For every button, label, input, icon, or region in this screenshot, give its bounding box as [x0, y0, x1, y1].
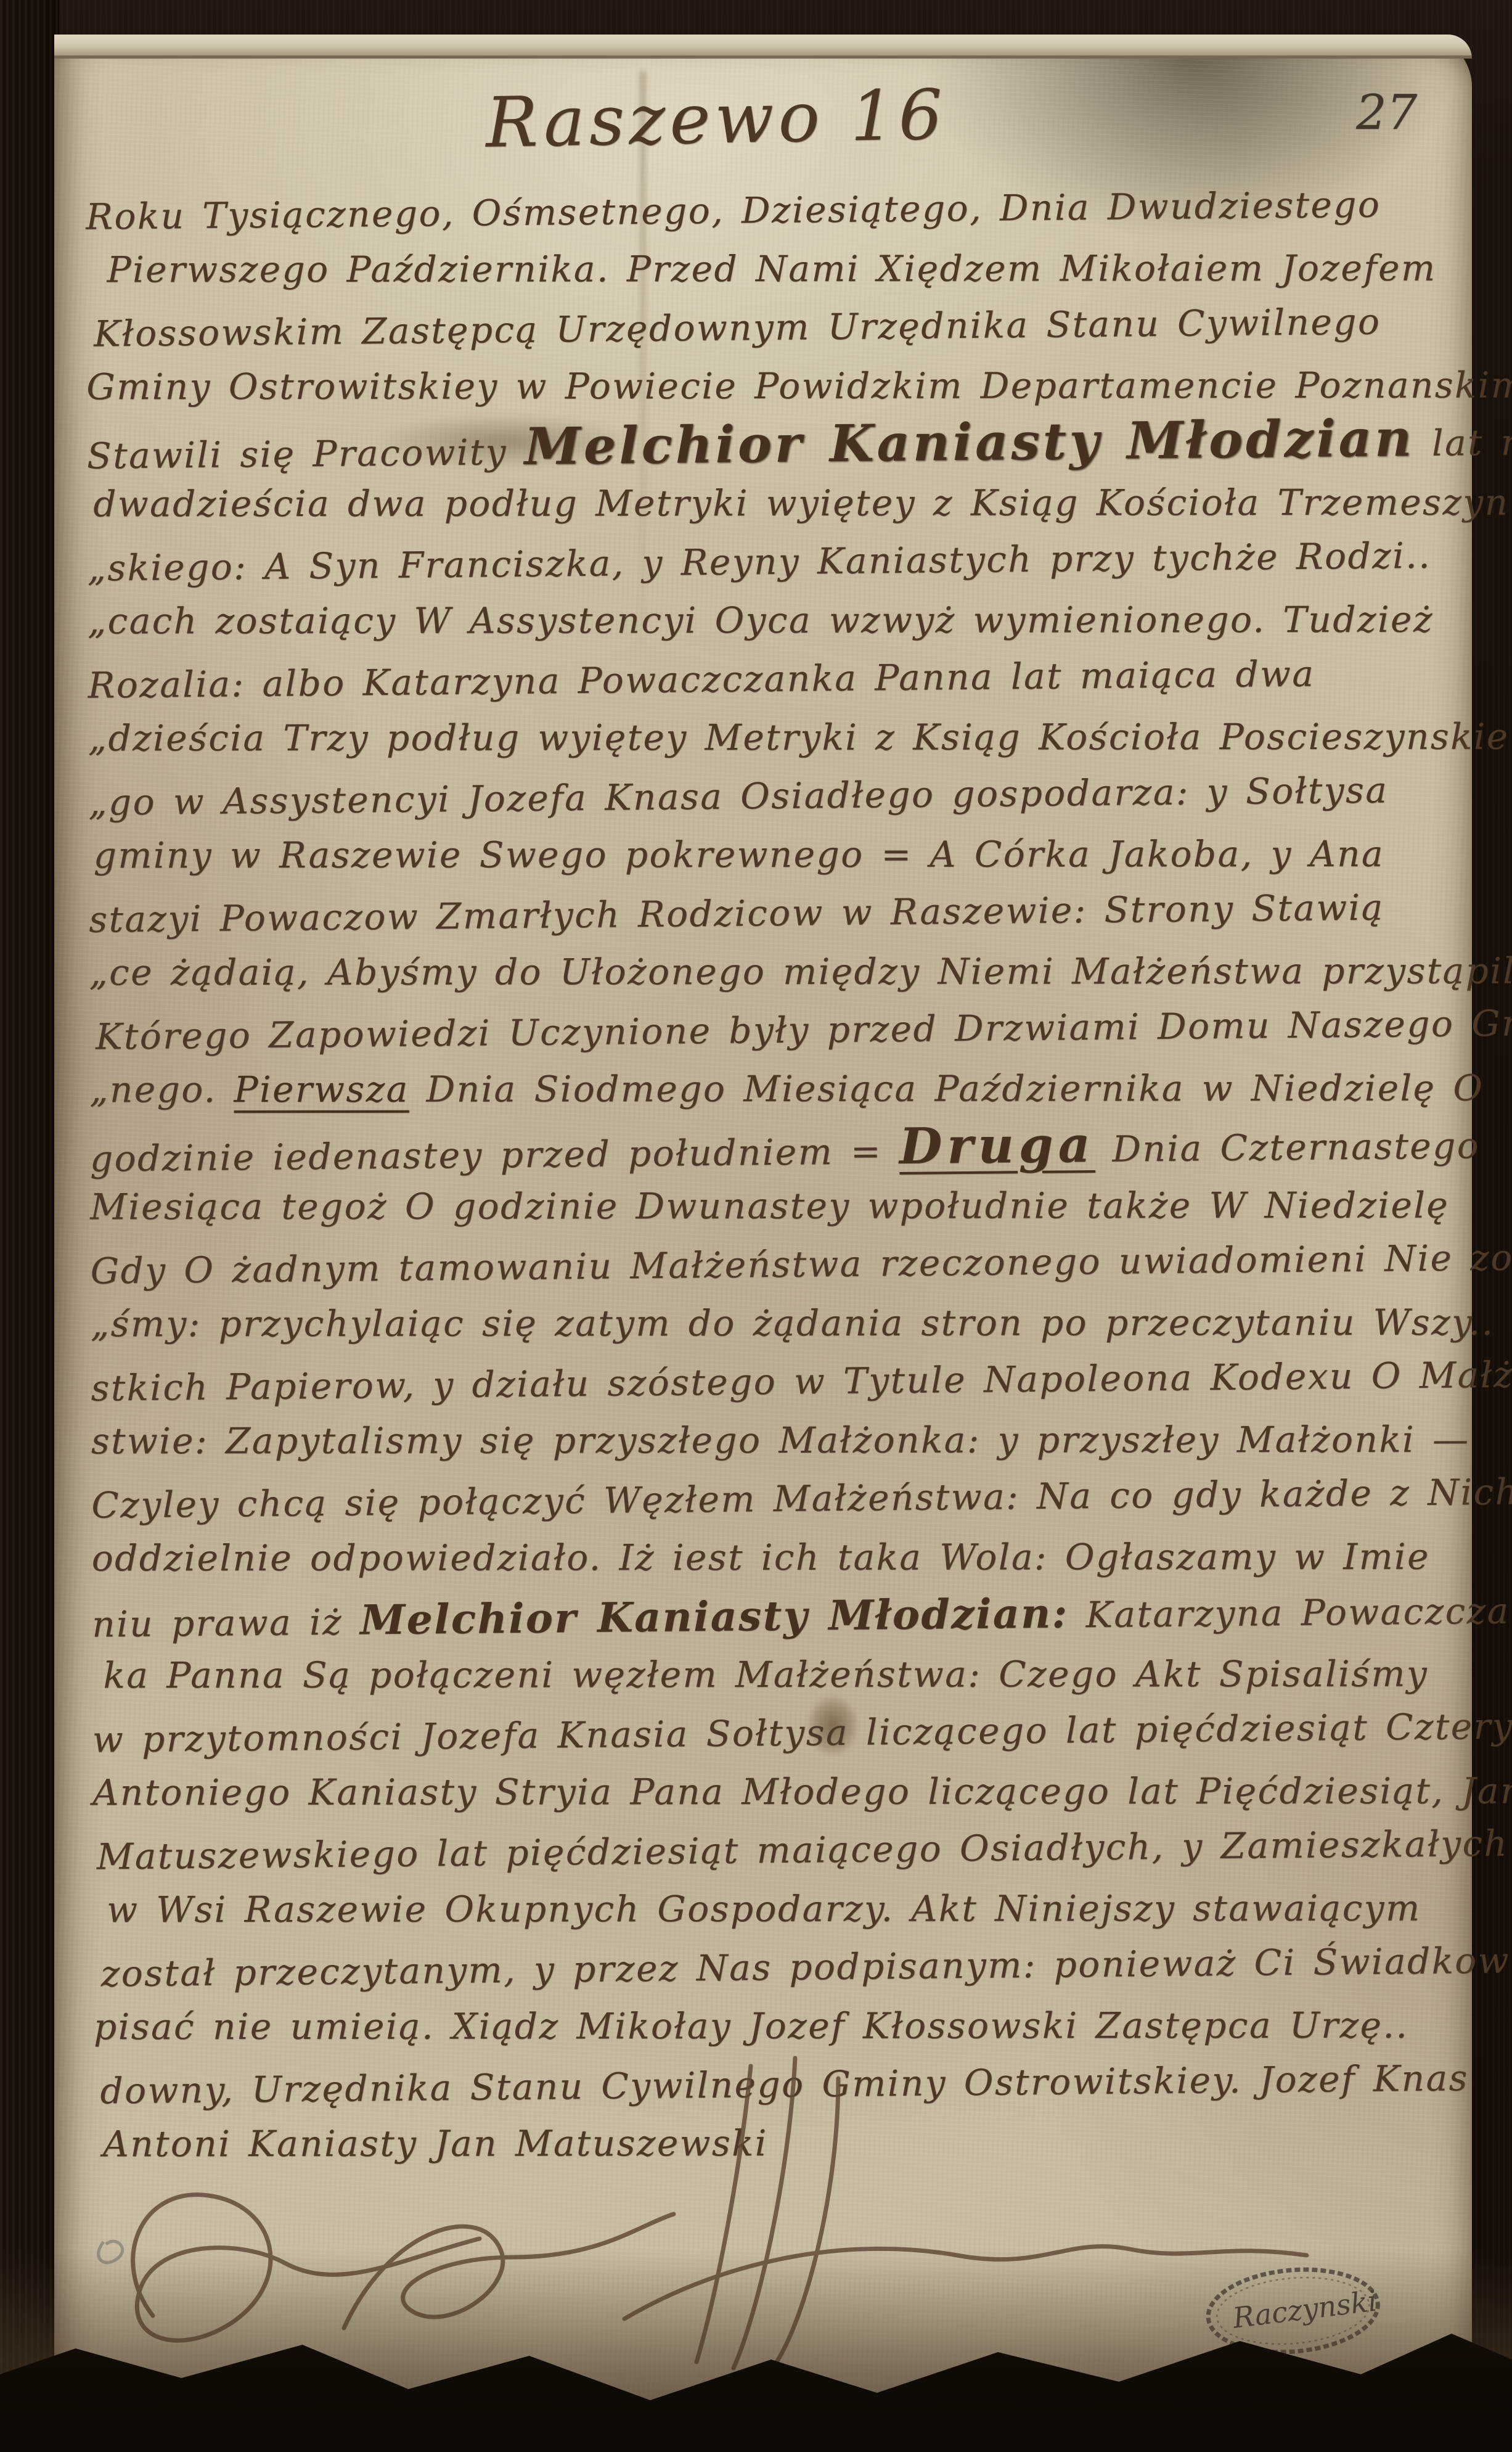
line-text: niu prawa iż — [92, 1601, 360, 1645]
manuscript-line: niu prawa iż Melchior Kaniasty Młodzian:… — [92, 1580, 1458, 1652]
line-emphasis: Melchior Kaniasty Młodzian: — [360, 1589, 1069, 1644]
line-text: „ce żądaią, Abyśmy do Ułożonego między N… — [89, 950, 1512, 994]
line-text: Stawili się Pracowity — [87, 431, 525, 477]
line-text: ka Panna Są połączeni węzłem Małżeństwa:… — [103, 1653, 1428, 1697]
manuscript-line: Matuszewskiego lat pięćdziesiąt maiącego… — [92, 1814, 1458, 1886]
line-text: „cach zostaiący W Assystencyi Oyca wzwyż… — [88, 599, 1434, 642]
manuscript-line: w Wsi Raszewie Okupnych Gospodarzy. Akt … — [93, 1879, 1458, 1940]
manuscript-line: Kłossowskim Zastępcą Urzędownym Urzędnik… — [86, 292, 1452, 363]
line-emphasis: Melchior Kaniasty Młodzian — [524, 409, 1415, 477]
line-text: w przytomności Jozefa Knasia Sołtysa lic… — [92, 1705, 1512, 1760]
manuscript-line: stkich Papierow, y działu szóstego w Tyt… — [91, 1346, 1457, 1417]
manuscript-line: „ce żądaią, Abyśmy do Ułożonego między N… — [89, 942, 1454, 1003]
line-text: Czyley chcą się połączyć Węzłem Małżeńst… — [91, 1470, 1512, 1526]
manuscript-line: „śmy: przychylaiąc się zatym do żądania … — [91, 1294, 1456, 1354]
line-text: dwadzieścia dwa podług Metryki wyiętey z… — [93, 481, 1512, 525]
line-text: oddzielnie odpowiedziało. Iż iest ich ta… — [92, 1536, 1430, 1580]
paper-top-edge — [54, 35, 1472, 59]
line-text: stazyi Powaczow Zmarłych Rodzicow w Rasz… — [89, 886, 1384, 940]
manuscript-line: „nego. Pierwsza Dnia Siodmego Miesiąca P… — [89, 1059, 1455, 1120]
line-text: Gdy O żadnym tamowaniu Małżeństwa rzeczo… — [90, 1236, 1512, 1292]
line-text: w Wsi Raszewie Okupnych Gospodarzy. Akt … — [107, 1887, 1421, 1931]
line-text: Dnia Siodmego Miesiąca Października w Ni… — [409, 1067, 1484, 1110]
manuscript-line: Pierwszego Października. Przed Nami Xięd… — [86, 239, 1452, 300]
manuscript-line: „dzieścia Trzy podług wyiętey Metryki z … — [88, 708, 1453, 768]
line-text: Dnia Czternastego — [1095, 1125, 1480, 1170]
line-text: „śmy: przychylaiąc się zatym do żądania … — [91, 1302, 1495, 1345]
manuscript-line: Którego Zapowiedzi Uczynione były przed … — [89, 994, 1455, 1066]
manuscript-line: Antoniego Kaniasty Stryia Pana Młodego l… — [92, 1762, 1458, 1823]
line-text: „nego. — [89, 1068, 234, 1110]
manuscript-page: Raszewo 16 27 Roku Tysiącznego, Ośmsetne… — [54, 35, 1472, 2452]
line-text: lat maiący — [1415, 420, 1512, 464]
manuscript-line: Miesiąca tegoż O godzinie Dwunastey wpoł… — [90, 1176, 1455, 1237]
photo-backdrop: Raszewo 16 27 Roku Tysiącznego, Ośmsetne… — [0, 0, 1512, 2452]
line-emphasis: Druga — [899, 1115, 1095, 1175]
manuscript-line: stazyi Powaczow Zmarłych Rodzicow w Rasz… — [89, 877, 1455, 949]
line-emphasis: Pierwsza — [234, 1068, 409, 1110]
line-text: stwie: Zapytalismy się przyszłego Małżon… — [91, 1419, 1470, 1462]
manuscript-line: Czyley chcą się połączyć Węzłem Małżeńst… — [91, 1463, 1457, 1535]
line-text: Gminy Ostrowitskiey w Powiecie Powidzkim… — [86, 364, 1512, 408]
line-text: „skiego: A Syn Franciszka, y Reyny Kania… — [87, 535, 1431, 589]
line-text: „dzieścia Trzy podług wyiętey Metryki z … — [88, 716, 1510, 760]
manuscript-line: oddzielnie odpowiedziało. Iż iest ich ta… — [92, 1528, 1457, 1588]
manuscript-line: godzinie iedenastey przed południem = Dr… — [89, 1112, 1455, 1183]
book-binding-edge — [0, 0, 59, 2452]
manuscript-line: został przeczytanym, y przez Nas podpisa… — [93, 1932, 1459, 2003]
manuscript-line: Gdy O żadnym tamowaniu Małżeństwa rzeczo… — [90, 1229, 1456, 1300]
line-text: „go w Assystencyi Jozefa Knasa Osiadłego… — [88, 769, 1389, 823]
manuscript-line: pisać nie umieią. Xiądz Mikołay Jozef Kł… — [94, 1996, 1459, 2057]
line-text: Miesiąca tegoż O godzinie Dwunastey wpoł… — [90, 1184, 1449, 1228]
manuscript-line: Roku Tysiącznego, Ośmsetnego, Dziesiąteg… — [86, 174, 1452, 246]
line-text: stkich Papierow, y działu szóstego w Tyt… — [91, 1353, 1512, 1409]
manuscript-line: w przytomności Jozefa Knasia Sołtysa lic… — [92, 1697, 1458, 1769]
line-text: pisać nie umieią. Xiądz Mikołay Jozef Kł… — [94, 2004, 1408, 2048]
line-text: został przeczytanym, y przez Nas podpisa… — [100, 1939, 1512, 1995]
manuscript-line: Gminy Ostrowitskiey w Powiecie Powidzkim… — [86, 356, 1452, 417]
manuscript-line: dwadzieścia dwa podług Metryki wyiętey z… — [87, 474, 1452, 534]
manuscript-text: Roku Tysiącznego, Ośmsetnego, Dziesiąteg… — [86, 178, 1460, 2176]
manuscript-line: Stawili się Pracowity Melchior Kaniasty … — [86, 409, 1452, 480]
manuscript-line: gminy w Raszewie Swego pokrewnego = A Có… — [89, 825, 1454, 885]
line-text: Pierwszego Października. Przed Nami Xięd… — [107, 247, 1437, 291]
line-text: Katarzyna Powaczczan- — [1068, 1589, 1512, 1636]
line-text: Roku Tysiącznego, Ośmsetnego, Dziesiąteg… — [86, 183, 1381, 237]
line-text: Antoniego Kaniasty Stryia Pana Młodego l… — [92, 1769, 1512, 1813]
manuscript-line: stwie: Zapytalismy się przyszłego Małżon… — [91, 1411, 1457, 1471]
line-text: godzinie iedenastey przed południem = — [90, 1130, 900, 1180]
line-text: Kłossowskim Zastępcą Urzędownym Urzędnik… — [94, 300, 1381, 355]
line-text: Rozalia: albo Katarzyna Powaczczanka Pan… — [88, 653, 1315, 707]
manuscript-line: Rozalia: albo Katarzyna Powaczczanka Pan… — [88, 643, 1453, 715]
manuscript-line: „go w Assystencyi Jozefa Knasa Osiadłego… — [88, 760, 1454, 832]
manuscript-line: „cach zostaiący W Assystencyi Oyca wzwyż… — [88, 591, 1453, 651]
manuscript-line: „skiego: A Syn Franciszka, y Reyny Kania… — [87, 526, 1453, 597]
line-text: Matuszewskiego lat pięćdziesiąt maiącego… — [96, 1823, 1508, 1878]
manuscript-line: ka Panna Są połączeni węzłem Małżeństwa:… — [92, 1645, 1457, 1705]
line-text: gminy w Raszewie Swego pokrewnego = A Có… — [94, 833, 1384, 877]
line-text: Którego Zapowiedzi Uczynione były przed … — [96, 1001, 1512, 1057]
record-title: Raszewo 16 — [485, 72, 1103, 163]
page-number: 27 — [1356, 85, 1417, 141]
